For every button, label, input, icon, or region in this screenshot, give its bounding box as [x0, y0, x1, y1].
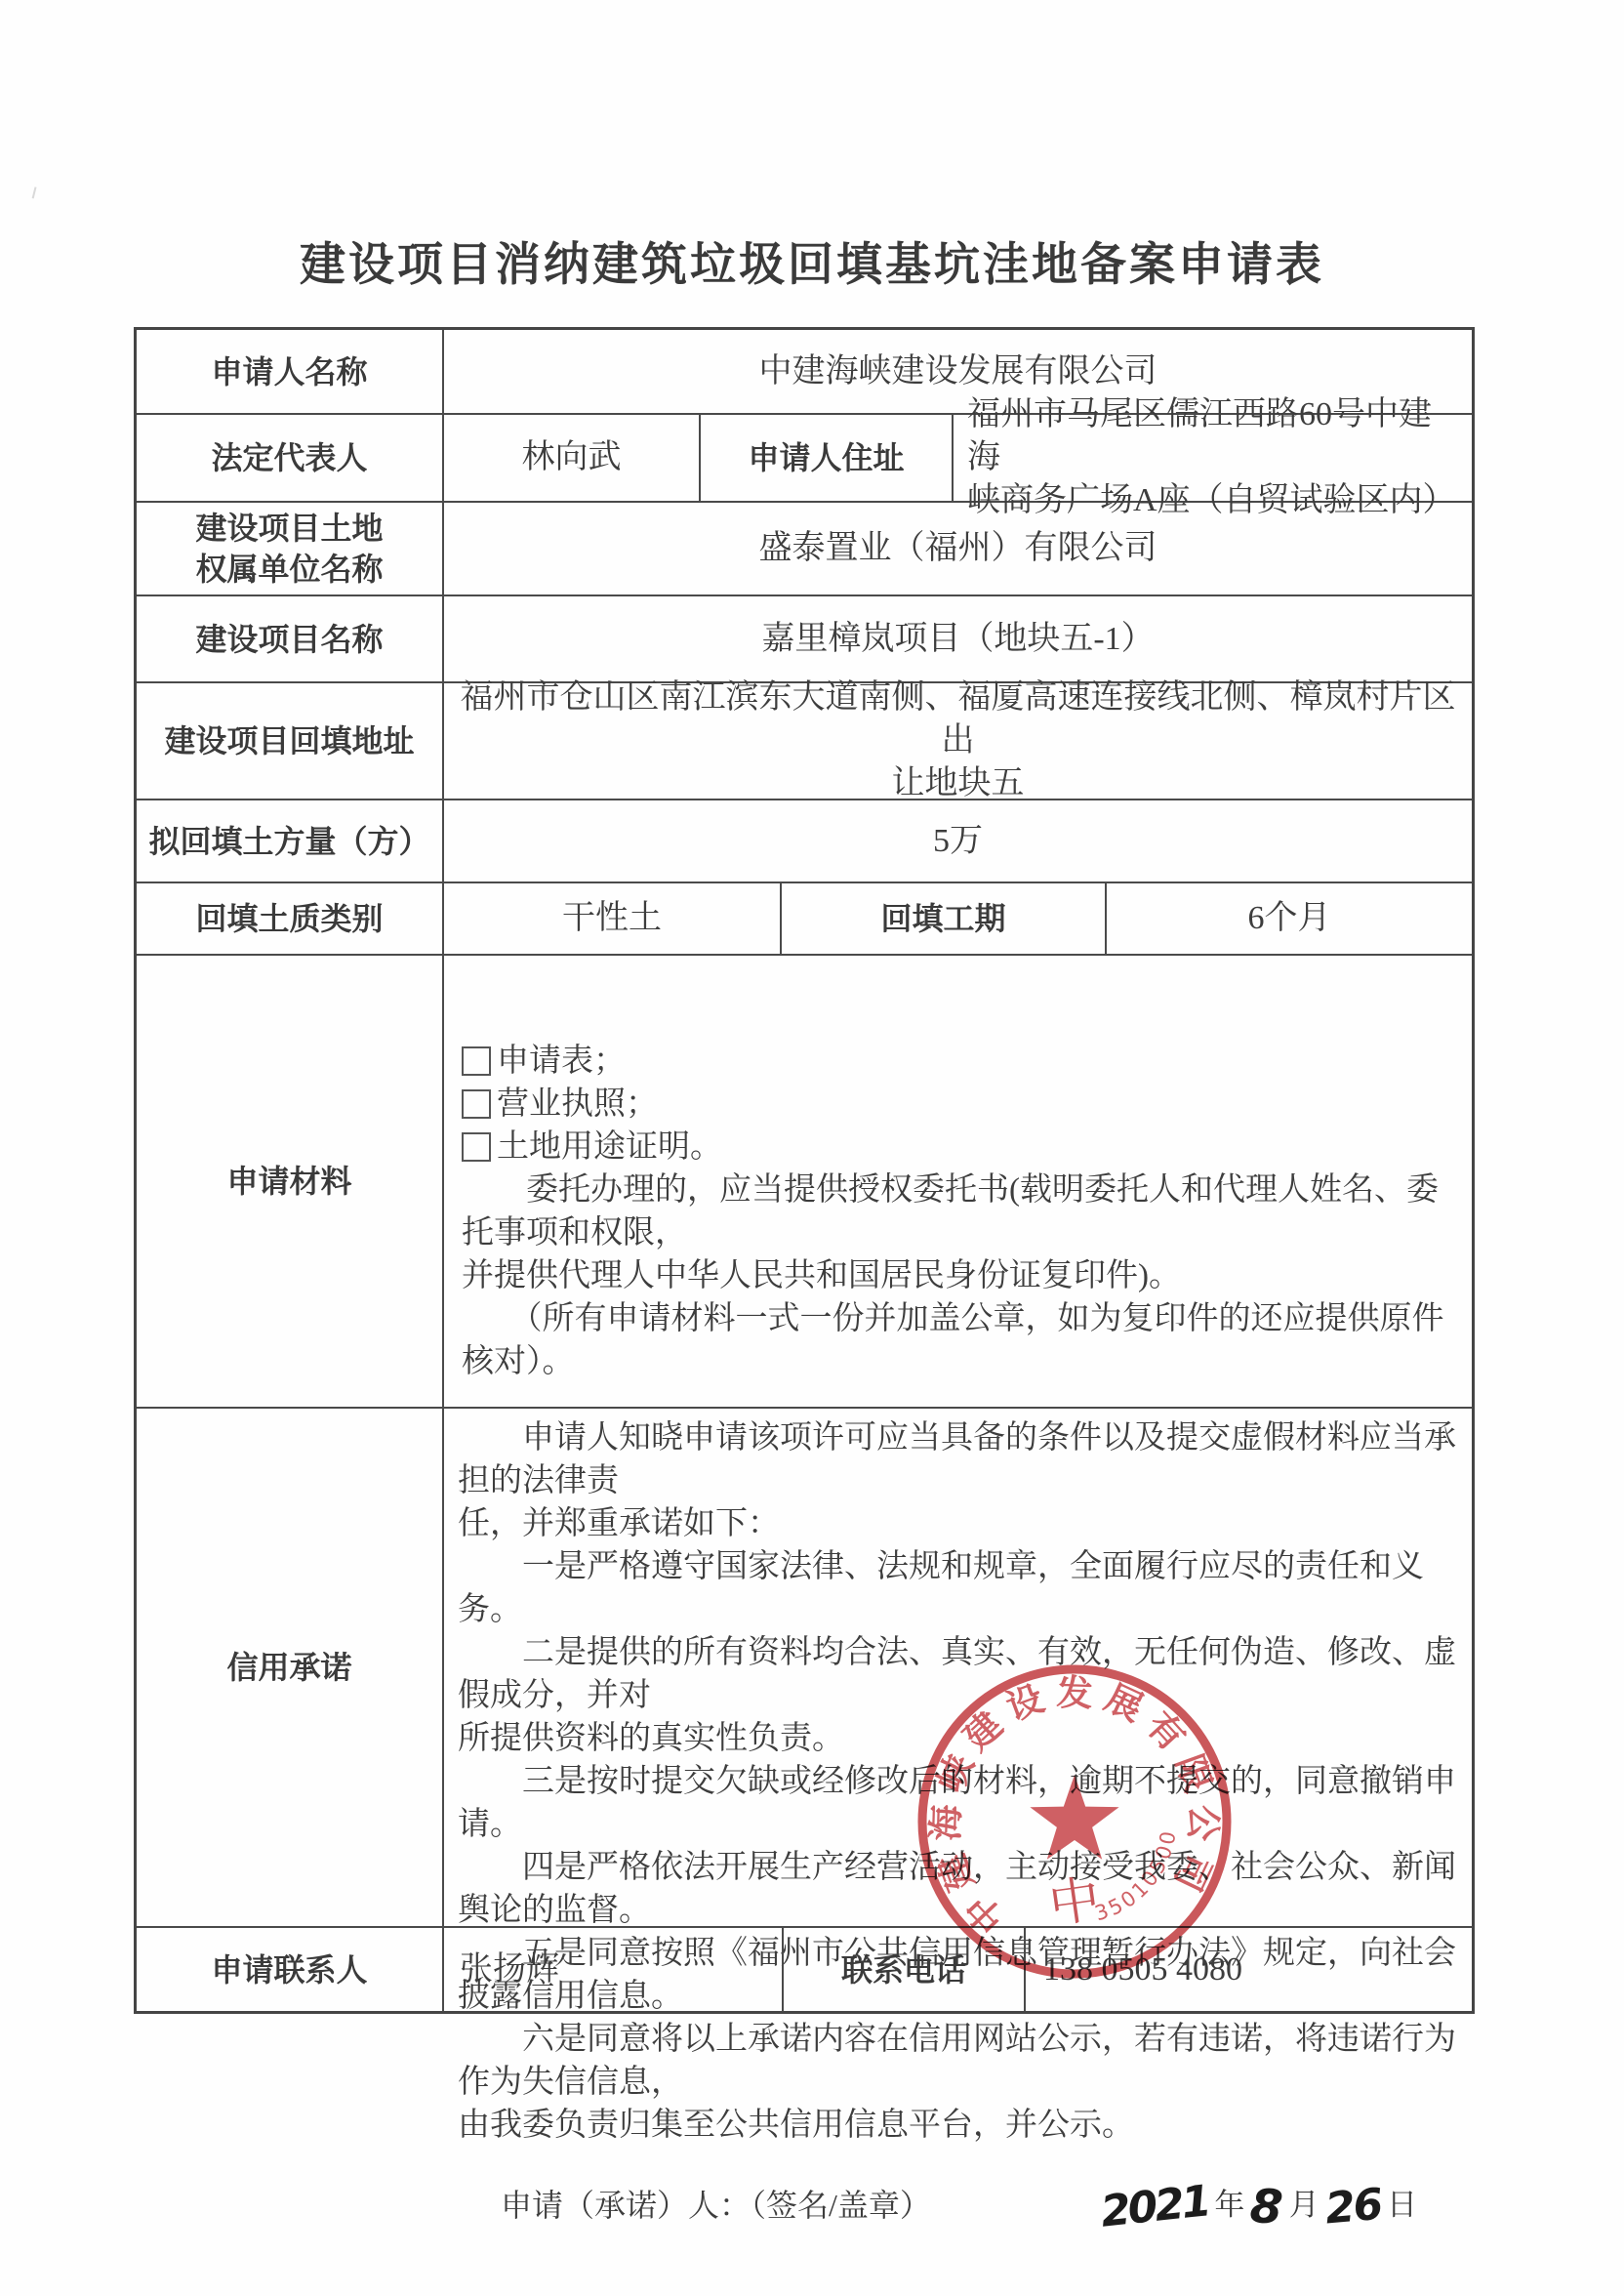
- credit-commitment-line: 由我委负责归集至公共信用信息平台，并公示。: [458, 2104, 1456, 2147]
- legal-rep-value: 林向武: [444, 415, 701, 501]
- credit-commitment-line: 二是提供的所有资料均合法、真实、有效，无任何伪造、修改、虚假成分，并对: [458, 1631, 1456, 1717]
- credit-commitment-line: 申请人知晓申请该项许可应当具备的条件以及提交虚假材料应当承担的法律责: [458, 1416, 1456, 1502]
- credit-commitment-label: 信用承诺: [137, 1409, 444, 1926]
- material-checkbox-item: 营业执照；: [462, 1083, 722, 1126]
- credit-commitment-line: 三是按时提交欠缺或经修改后的材料，逾期不提交的，同意撤销申请。: [458, 1760, 1456, 1846]
- backfill-address-line1: 福州市仓山区南江滨东大道南侧、福厦高速连接线北侧、樟岚村片区出: [444, 676, 1472, 762]
- materials-checkbox-list: 申请表；营业执照；土地用途证明。: [462, 1040, 722, 1168]
- soil-type-label: 回填土质类别: [137, 883, 444, 954]
- legal-rep-label: 法定代表人: [137, 415, 444, 501]
- signature-row: 申请（承诺）人：（签名/盖章） 2021 年 8 月 26 日: [458, 2184, 1456, 2227]
- credit-commitment-line: 所提供资料的真实性负责。: [458, 1717, 1456, 1760]
- application-form-table: 申请人名称 中建海峡建设发展有限公司 法定代表人 林向武 申请人住址 福州市马尾…: [134, 327, 1475, 2014]
- contact-phone-value: 138 0505 4080: [1026, 1928, 1472, 2011]
- checkbox-empty-icon: [462, 1132, 491, 1162]
- land-owner-label-line2: 权属单位名称: [195, 549, 383, 590]
- land-owner-value: 盛泰置业（福州）有限公司: [444, 503, 1472, 594]
- material-item-label: 申请表；: [497, 1040, 626, 1083]
- credit-commitment-line: 六是同意将以上承诺内容在信用网站公示，若有违诺，将违诺行为作为失信信息，: [458, 2018, 1456, 2104]
- project-name-label: 建设项目名称: [137, 596, 444, 681]
- handwritten-day: 26: [1323, 2186, 1383, 2230]
- backfill-address-line2: 让地块五: [892, 762, 1025, 805]
- credit-commitment-line: 一是严格遵守国家法律、法规和规章，全面履行应尽的责任和义务。: [458, 1545, 1456, 1631]
- materials-note-line: 委托办理的，应当提供授权委托书(载明委托人和代理人姓名、委托事项和权限，: [462, 1168, 1448, 1254]
- backfill-address-value: 福州市仓山区南江滨东大道南侧、福厦高速连接线北侧、樟岚村片区出 让地块五: [444, 683, 1472, 799]
- table-row-legal-rep: 法定代表人 林向武 申请人住址 福州市马尾区儒江西路60号中建海 峡商务广场A座…: [137, 415, 1472, 503]
- table-row-project-name: 建设项目名称 嘉里樟岚项目（地块五-1）: [137, 596, 1472, 683]
- materials-content: 申请表；营业执照；土地用途证明。 委托办理的，应当提供授权委托书(载明委托人和代…: [444, 956, 1472, 1407]
- material-checkbox-item: 土地用途证明。: [462, 1126, 722, 1168]
- backfill-period-value: 6个月: [1107, 883, 1472, 954]
- soil-type-value: 干性土: [444, 883, 782, 954]
- material-item-label: 营业执照；: [497, 1083, 658, 1126]
- materials-note-line: 并提供代理人中华人民共和国居民身份证复印件)。: [462, 1254, 1448, 1297]
- credit-commitment-content: 申请人知晓申请该项许可应当具备的条件以及提交虚假材料应当承担的法律责任，并郑重承…: [444, 1409, 1472, 1926]
- handwritten-month: 8: [1249, 2187, 1284, 2228]
- checkbox-empty-icon: [462, 1046, 491, 1076]
- backfill-period-label: 回填工期: [782, 883, 1107, 954]
- signature-label: 申请（承诺）人：（签名/盖章）: [458, 2184, 931, 2227]
- year-unit: 年: [1214, 2184, 1244, 2227]
- volume-value: 5万: [444, 800, 1472, 881]
- contact-phone-label: 联系电话: [784, 1928, 1026, 2011]
- applicant-address-label: 申请人住址: [701, 415, 954, 501]
- applicant-name-label: 申请人名称: [137, 330, 444, 413]
- project-name-value: 嘉里樟岚项目（地块五-1）: [444, 596, 1472, 681]
- handwritten-year: 2021: [1099, 2182, 1210, 2232]
- backfill-address-label: 建设项目回填地址: [137, 683, 444, 799]
- materials-label: 申请材料: [137, 956, 444, 1407]
- scanned-form-page: 建设项目消纳建筑垃圾回填基坑洼地备案申请表 申请人名称 中建海峡建设发展有限公司…: [0, 0, 1624, 2296]
- table-row-volume: 拟回填土方量（方） 5万: [137, 800, 1472, 883]
- applicant-address-value: 福州市马尾区儒江西路60号中建海 峡商务广场A座（自贸试验区内）: [954, 415, 1472, 501]
- table-row-backfill-address: 建设项目回填地址 福州市仓山区南江滨东大道南侧、福厦高速连接线北侧、樟岚村片区出…: [137, 683, 1472, 800]
- table-row-contact: 申请联系人 张扬辉 联系电话 138 0505 4080: [137, 1928, 1472, 2011]
- date-group: 2021 年 8 月 26 日: [1101, 2184, 1456, 2227]
- contact-person-value: 张扬辉: [444, 1928, 784, 2011]
- volume-label: 拟回填土方量（方）: [137, 800, 444, 881]
- table-row-land-owner: 建设项目土地 权属单位名称 盛泰置业（福州）有限公司: [137, 503, 1472, 596]
- table-row-credit-commitment: 信用承诺 申请人知晓申请该项许可应当具备的条件以及提交虚假材料应当承担的法律责任…: [137, 1409, 1472, 1928]
- material-item-label: 土地用途证明。: [497, 1126, 722, 1168]
- scan-artifact-mark: [32, 186, 42, 199]
- credit-commitment-text: 申请人知晓申请该项许可应当具备的条件以及提交虚假材料应当承担的法律责任，并郑重承…: [458, 1416, 1456, 2147]
- credit-commitment-line: 四是严格依法开展生产经营活动，主动接受我委、社会公众、新闻舆论的监督。: [458, 1846, 1456, 1932]
- applicant-address-line1: 福州市马尾区儒江西路60号中建海: [967, 393, 1458, 479]
- contact-person-label: 申请联系人: [137, 1928, 444, 2011]
- credit-commitment-line: 任，并郑重承诺如下：: [458, 1502, 1456, 1545]
- day-unit: 日: [1387, 2184, 1417, 2227]
- page-title: 建设项目消纳建筑垃圾回填基坑洼地备案申请表: [0, 228, 1624, 294]
- land-owner-label: 建设项目土地 权属单位名称: [137, 503, 444, 594]
- checkbox-empty-icon: [462, 1089, 491, 1119]
- land-owner-label-line1: 建设项目土地: [195, 508, 383, 549]
- table-row-soil-type: 回填土质类别 干性土 回填工期 6个月: [137, 883, 1472, 956]
- table-row-materials: 申请材料 申请表；营业执照；土地用途证明。 委托办理的，应当提供授权委托书(载明…: [137, 956, 1472, 1409]
- material-checkbox-item: 申请表；: [462, 1040, 722, 1083]
- month-unit: 月: [1289, 2184, 1319, 2227]
- materials-notes: 委托办理的，应当提供授权委托书(载明委托人和代理人姓名、委托事项和权限，并提供代…: [462, 1168, 1448, 1383]
- materials-note-line: （所有申请材料一式一份并加盖公章，如为复印件的还应提供原件核对）。: [462, 1297, 1448, 1383]
